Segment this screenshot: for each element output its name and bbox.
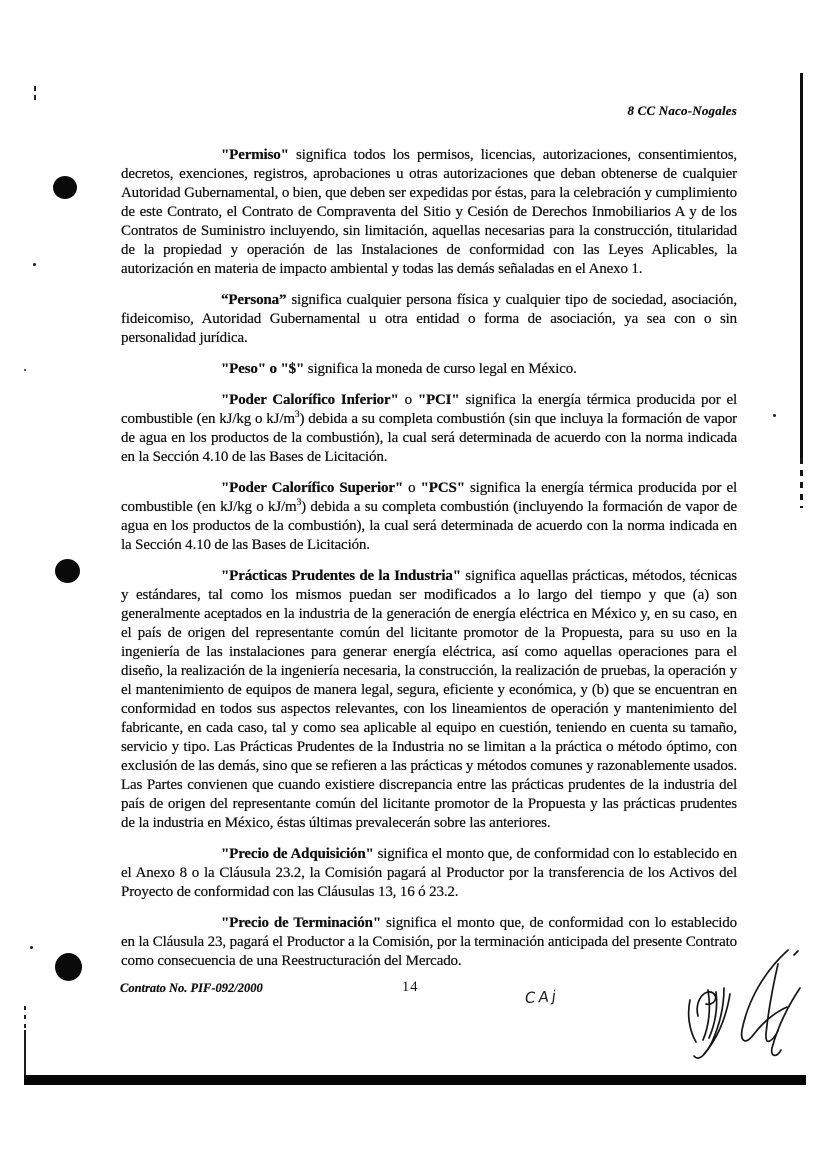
paragraph-text: significa el monto que, de conformidad c… — [121, 846, 737, 900]
signature-stroke — [794, 951, 798, 955]
defined-term: "Precio de Terminación" — [221, 915, 381, 931]
paragraph-text: significa la moneda de curso legal en Mé… — [304, 361, 577, 377]
defined-term: "Precio de Adquisición" — [221, 846, 374, 862]
paragraph-text: significa aquellas prácticas, métodos, t… — [121, 568, 737, 831]
signature-stroke — [766, 964, 778, 1041]
scanned-contract-page: 8 CC Naco-Nogales "Permiso" significa to… — [0, 0, 828, 1169]
paragraph: "Prácticas Prudentes de la Industria" si… — [121, 567, 737, 833]
paragraph: "Poder Calorífico Superior" o "PCS" sign… — [121, 479, 737, 555]
scan-edge-line-right — [800, 73, 803, 458]
scan-speck — [24, 369, 26, 371]
scan-left-line — [24, 1030, 26, 1076]
footer-contract-number: Contrato No. PIF-092/2000 — [120, 981, 263, 996]
paragraph: "Precio de Adquisición" significa el mon… — [121, 845, 737, 902]
page-header-reference: 8 CC Naco-Nogales — [627, 103, 737, 119]
paragraph-text: significa el monto que, de conformidad c… — [121, 915, 737, 969]
defined-term: "Peso" o "$" — [221, 361, 304, 377]
signature-stroke — [703, 990, 709, 1040]
punch-hole-mark — [53, 176, 77, 199]
paragraph-text: o — [403, 480, 421, 496]
document-body: "Permiso" significa todos los permisos, … — [121, 146, 737, 983]
paragraph-text: significa todos los permisos, licencias,… — [121, 147, 737, 277]
paragraph: "Peso" o "$" significa la moneda de curs… — [121, 360, 737, 379]
defined-term: “Persona” — [221, 292, 286, 308]
defined-term: "Poder Calorífico Superior" — [221, 480, 403, 496]
punch-hole-mark — [55, 559, 80, 583]
paragraph-text: o — [399, 392, 418, 408]
defined-term: "Poder Calorífico Inferior" — [221, 392, 399, 408]
paragraph: "Precio de Terminación" significa el mon… — [121, 914, 737, 971]
scan-speck — [773, 414, 776, 417]
scan-speck — [33, 263, 36, 266]
page-number: 14 — [402, 979, 419, 996]
signature-scribble — [660, 938, 820, 1068]
paragraph: "Permiso" significa todos los permisos, … — [121, 146, 737, 279]
signature-stroke — [742, 950, 788, 1041]
defined-term: "PCS" — [421, 480, 465, 496]
signature-stroke — [689, 1000, 696, 1042]
scan-edge-line-right-dashed — [800, 458, 803, 508]
paragraph: “Persona” significa cualquier persona fí… — [121, 291, 737, 348]
punch-hole-mark — [55, 953, 82, 981]
defined-term: "Permiso" — [221, 147, 289, 163]
scan-left-line-dashed — [24, 1006, 26, 1030]
paragraph: "Poder Calorífico Inferior" o "PCI" sign… — [121, 391, 737, 467]
scan-speck — [30, 946, 33, 949]
scan-bottom-edge-bar — [24, 1075, 806, 1085]
handwritten-initials: CAj — [524, 987, 559, 1007]
defined-term: "Prácticas Prudentes de la Industria" — [221, 568, 461, 584]
scan-mark-top-left — [34, 86, 36, 101]
signature-stroke — [772, 988, 800, 1055]
signature-stroke — [697, 992, 715, 1016]
defined-term: "PCI" — [418, 392, 460, 408]
paragraph-text: significa cualquier persona física y cua… — [121, 292, 737, 346]
